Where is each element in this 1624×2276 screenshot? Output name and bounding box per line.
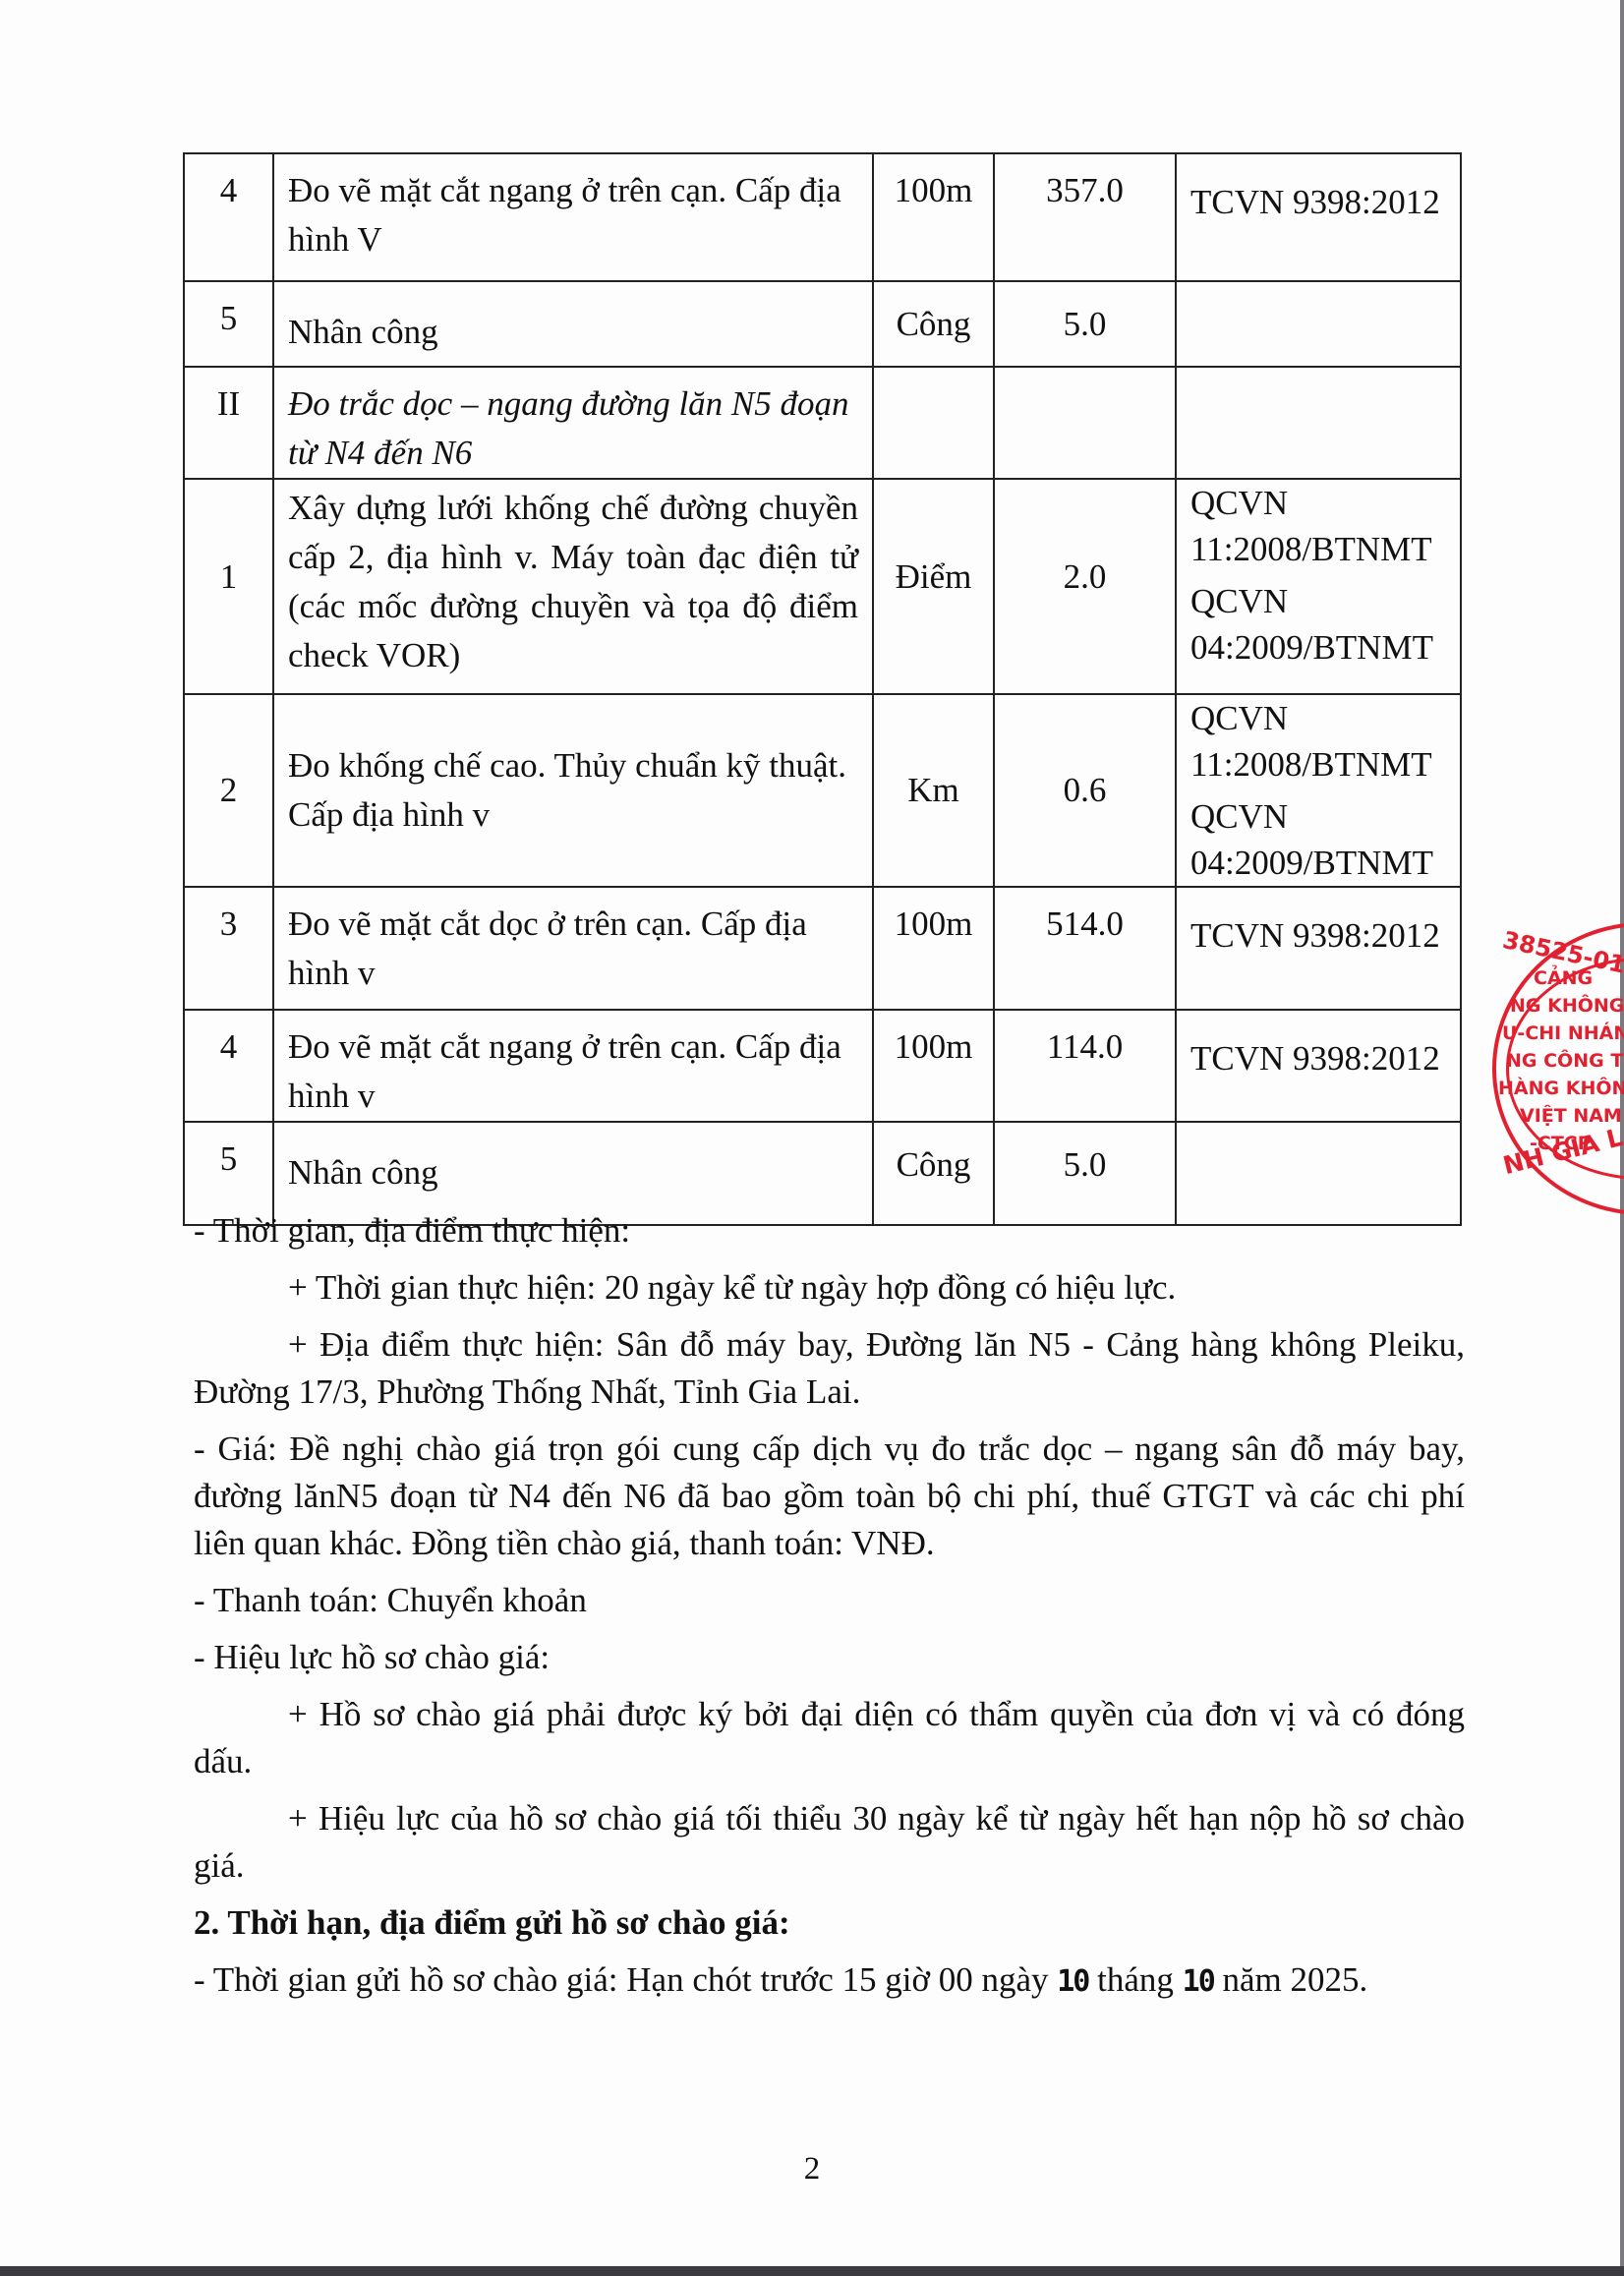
section-2-heading: 2. Thời hạn, địa điểm gửi hồ sơ chào giá… <box>194 1899 1465 1947</box>
row-unit: 100m <box>873 1010 994 1122</box>
table-row: IIĐo trắc dọc – ngang đường lăn N5 đoạn … <box>184 367 1461 479</box>
row-standard: QCVN11:2008/BTNMTQCVN04:2009/BTNMT <box>1176 694 1461 887</box>
document-body: - Thời gian, địa điểm thực hiện: + Thời … <box>194 1207 1465 2015</box>
row-description: Nhân công <box>273 281 873 367</box>
standard-code: 04:2009/BTNMT <box>1190 624 1446 671</box>
table-row: 3Đo vẽ mặt cắt dọc ở trên cạn. Cấp địa h… <box>184 887 1461 1010</box>
row-standard: QCVN11:2008/BTNMTQCVN04:2009/BTNMT <box>1176 479 1461 694</box>
stamp-text-line: NG CÔNG TY <box>1506 1050 1624 1072</box>
items-table: 4Đo vẽ mặt cắt ngang ở trên cạn. Cấp địa… <box>183 152 1462 1226</box>
time-text: + Thời gian thực hiện: 20 ngày kể từ ngà… <box>194 1264 1465 1312</box>
row-number: II <box>184 367 273 479</box>
table-row: 5Nhân côngCông5.0 <box>184 281 1461 367</box>
validity-label: - Hiệu lực hồ sơ chào giá: <box>194 1634 1465 1681</box>
standard-code: TCVN 9398:2012 <box>1190 1039 1440 1078</box>
row-number: 4 <box>184 153 273 281</box>
table-row: 2Đo khống chế cao. Thủy chuẩn kỹ thuật. … <box>184 694 1461 887</box>
row-standard: TCVN 9398:2012 <box>1176 887 1461 1010</box>
row-standard <box>1176 281 1461 367</box>
row-unit <box>873 367 994 479</box>
company-seal-stamp: 38525-01 CẢNGNG KHÔNGU-CHI NHÁNHNG CÔNG … <box>1496 924 1624 1199</box>
row-quantity: 0.6 <box>994 694 1176 887</box>
row-quantity <box>994 367 1176 479</box>
row-number: 3 <box>184 887 273 1010</box>
deadline-year: 2025. <box>1291 1960 1368 1999</box>
row-number: 2 <box>184 694 273 887</box>
validity-days-text: + Hiệu lực của hồ sơ chào giá tối thiểu … <box>194 1795 1465 1890</box>
standard-code: 11:2008/BTNMT <box>1190 741 1446 788</box>
row-standard: TCVN 9398:2012 <box>1176 153 1461 281</box>
row-unit: Km <box>873 694 994 887</box>
row-quantity: 514.0 <box>994 887 1176 1010</box>
row-unit: 100m <box>873 887 994 1010</box>
payment-text: - Thanh toán: Chuyển khoản <box>194 1577 1465 1624</box>
row-description: Đo trắc dọc – ngang đường lăn N5 đoạn từ… <box>273 367 873 479</box>
table-row: 4Đo vẽ mặt cắt ngang ở trên cạn. Cấp địa… <box>184 153 1461 281</box>
page-number: 2 <box>0 2151 1624 2188</box>
row-unit: Công <box>873 281 994 367</box>
price-text: - Giá: Đề nghị chào giá trọn gói cung cấ… <box>194 1426 1465 1567</box>
standard-code: QCVN <box>1190 695 1446 741</box>
standard-code: TCVN 9398:2012 <box>1190 183 1440 221</box>
row-standard: TCVN 9398:2012 <box>1176 1010 1461 1122</box>
row-description: Đo khống chế cao. Thủy chuẩn kỹ thuật. C… <box>273 694 873 887</box>
standard-code: 11:2008/BTNMT <box>1190 526 1446 572</box>
row-standard <box>1176 367 1461 479</box>
place-text: + Địa điểm thực hiện: Sân đỗ máy bay, Đư… <box>194 1321 1465 1416</box>
deadline-text: - Thời gian gửi hồ sơ chào giá: Hạn chót… <box>194 1956 1465 2006</box>
row-quantity: 114.0 <box>994 1010 1176 1122</box>
standard-code: QCVN <box>1190 793 1446 840</box>
row-number: 5 <box>184 281 273 367</box>
row-unit: Điểm <box>873 479 994 694</box>
standard-code: TCVN 9398:2012 <box>1190 916 1440 955</box>
deadline-day-handwritten: 10 <box>1057 1964 1088 1999</box>
standard-code: QCVN <box>1190 578 1446 624</box>
stamp-text-line: U-CHI NHÁNH <box>1502 1022 1624 1044</box>
row-description: Xây dựng lưới khống chế đường chuyền cấp… <box>273 479 873 694</box>
row-description: Đo vẽ mặt cắt dọc ở trên cạn. Cấp địa hì… <box>273 887 873 1010</box>
row-description: Đo vẽ mặt cắt ngang ở trên cạn. Cấp địa … <box>273 153 873 281</box>
deadline-month-handwritten: 10 <box>1183 1964 1214 1999</box>
table-row: 4Đo vẽ mặt cắt ngang ở trên cạn. Cấp địa… <box>184 1010 1461 1122</box>
row-quantity: 5.0 <box>994 281 1176 367</box>
deadline-prefix: - Thời gian gửi hồ sơ chào giá: Hạn chót… <box>194 1960 1049 1999</box>
validity-sign-text: + Hồ sơ chào giá phải được ký bởi đại di… <box>194 1691 1465 1785</box>
deadline-month-label: tháng <box>1097 1960 1174 1999</box>
standard-code: QCVN <box>1190 480 1446 526</box>
stamp-text-line: VIỆT NAM <box>1520 1105 1622 1127</box>
table-row: 1Xây dựng lưới khống chế đường chuyền cấ… <box>184 479 1461 694</box>
scan-bottom-edge <box>0 2266 1624 2276</box>
row-quantity: 357.0 <box>994 153 1176 281</box>
row-quantity: 2.0 <box>994 479 1176 694</box>
stamp-text-line: CẢNG <box>1534 967 1593 989</box>
time-place-label: - Thời gian, địa điểm thực hiện: <box>194 1207 1465 1255</box>
stamp-text-line: NG KHÔNG <box>1510 995 1624 1017</box>
row-unit: 100m <box>873 153 994 281</box>
row-number: 4 <box>184 1010 273 1122</box>
row-number: 1 <box>184 479 273 694</box>
standard-code: 04:2009/BTNMT <box>1190 840 1446 886</box>
row-description: Đo vẽ mặt cắt ngang ở trên cạn. Cấp địa … <box>273 1010 873 1122</box>
stamp-text-line: HÀNG KHÔNG <box>1498 1078 1624 1099</box>
deadline-year-label: năm <box>1223 1960 1282 1999</box>
